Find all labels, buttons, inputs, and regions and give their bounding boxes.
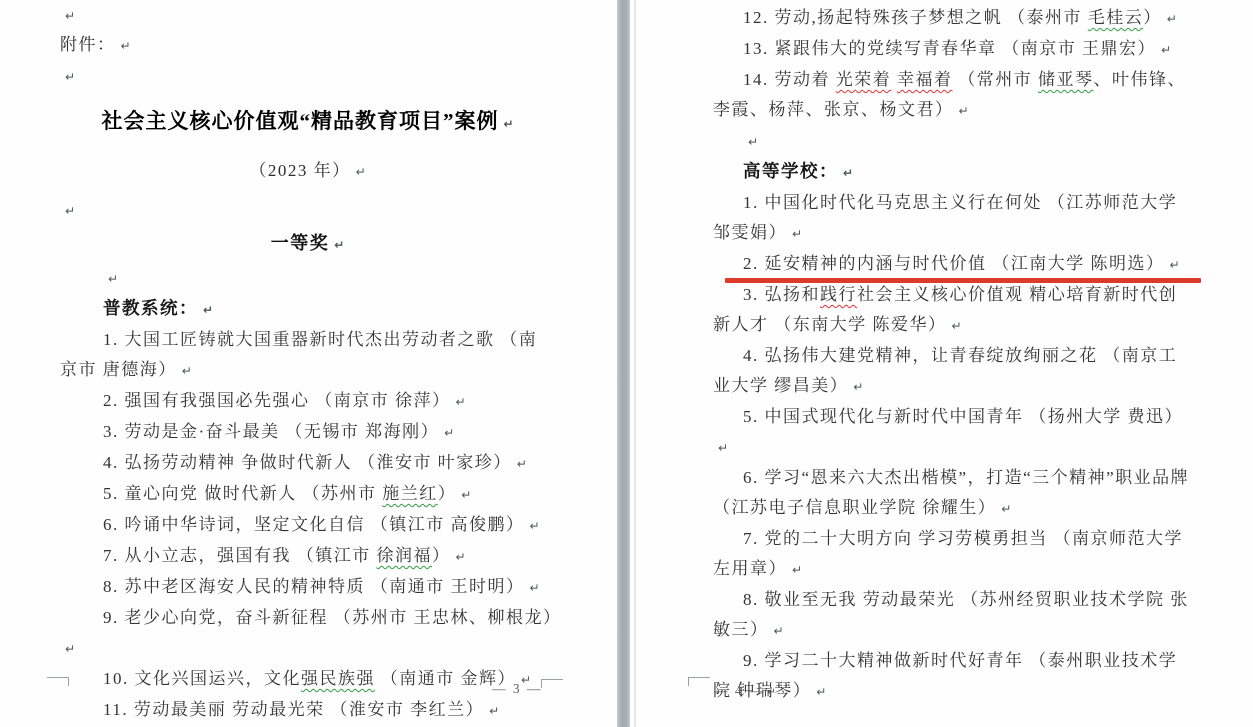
paragraph-mark: ↵ <box>843 158 853 188</box>
paragraph-mark: ↵ <box>1161 35 1171 65</box>
paragraph-mark: ↵ <box>768 686 776 700</box>
list-item: 8. 敬业至无我 劳动最荣光 （苏州经贸职业技术学院 张敏三）↵ <box>713 585 1191 646</box>
paragraph-mark: ↵ <box>461 480 471 510</box>
text-run: （2023 年） <box>249 161 350 180</box>
footer-corner-mark <box>47 677 69 686</box>
list-item: 3. 弘扬和践行社会主义核心价值观 精心培育新时代创新人才 （东南大学 陈爱华）… <box>713 280 1191 341</box>
paragraph-mark: ↵ <box>108 264 118 294</box>
paragraph-mark: ↵ <box>959 96 969 126</box>
text-run: ） <box>432 546 451 565</box>
list-item: 8. 苏中老区海安人民的精神特质 （南通市 王时明）↵ <box>60 572 555 603</box>
text-run: 5. 中国式现代化与新时代中国青年 （扬州大学 费迅） <box>743 407 1183 426</box>
paragraph-mark: ↵ <box>182 356 192 386</box>
list-item: 9. 老少心向党，奋斗新征程 （苏州市 王忠林、柳根龙）↵ <box>60 603 555 664</box>
paragraph-mark: ↵ <box>530 511 540 541</box>
list-item: 10. 文化兴国运兴，文化强民族强 （南通市 金辉）↵ <box>60 664 555 695</box>
text-run: 2. 强国有我强国必先强心 （南京市 徐萍） <box>103 391 451 410</box>
paragraph-mark: ↵ <box>456 542 466 572</box>
page-number-right: — 4 —↵ <box>714 684 776 700</box>
list-item: 3. 劳动是金·奋斗最美 （无锡市 郑海刚）↵ <box>60 417 555 448</box>
blank-line: ↵ <box>60 195 555 225</box>
list-item: 7. 从小立志，强国有我 （镇江市 徐润福）↵ <box>60 541 555 572</box>
paragraph-mark: ↵ <box>65 634 75 664</box>
text-run: ） <box>1143 8 1162 27</box>
paragraph-mark: ↵ <box>1001 494 1011 524</box>
text-run: 6. 吟诵中华诗词，坚定文化自信 （镇江市 高俊鹏） <box>103 515 525 534</box>
text-run: 11. 劳动最美丽 劳动最光荣 （淮安市 李红兰） <box>103 700 484 719</box>
list-item: 11. 劳动最美丽 劳动最光荣 （淮安市 李红兰）↵ <box>60 695 555 726</box>
doc-title: 社会主义核心价值观“精品教育项目”案例↵ <box>60 99 555 146</box>
right-page-body: 12. 劳动,扬起特殊孩子梦想之帆 （泰州市 毛桂云）↵13. 紧跟伟大的党续写… <box>713 3 1191 707</box>
text-run: 4. 弘扬伟大建党精神，让青春绽放绚丽之花 （南京工业大学 缪昌美） <box>713 346 1177 395</box>
footer-corner-mark <box>688 677 710 686</box>
paragraph-mark: ↵ <box>816 677 826 707</box>
blank-line: ↵ <box>60 0 555 30</box>
blank-line: ↵ <box>60 263 555 293</box>
page-number-text: — 3 — <box>492 681 543 696</box>
list-item: 9. 学习二十大精神做新时代好青年 （泰州职业技术学院 钟瑞琴）↵ <box>713 646 1191 707</box>
text-run: 3. 劳动是金·奋斗最美 （无锡市 郑海刚） <box>103 422 439 441</box>
left-page-body: ↵附件：↵↵社会主义核心价值观“精品教育项目”案例↵（2023 年）↵↵一等奖↵… <box>60 0 555 726</box>
list-item: 5. 中国式现代化与新时代中国青年 （扬州大学 费迅）↵ <box>713 402 1191 463</box>
paragraph-mark: ↵ <box>718 433 728 463</box>
paragraph-mark: ↵ <box>334 227 344 263</box>
text-run: 10. 文化兴国运兴，文化 <box>103 669 301 688</box>
list-item: 1. 中国化时代化马克思主义行在何处 （江苏师范大学 邹雯娟）↵ <box>713 188 1191 249</box>
text-run: 7. 党的二十大明方向 学习劳模勇担当 （南京师范大学 左用章） <box>713 529 1183 578</box>
list-item: 14. 劳动着 光荣着 幸福着 （常州市 储亚琴、叶伟锋、李霞、杨萍、张京、杨文… <box>713 65 1191 126</box>
text-run: 9. 老少心向党，奋斗新征程 （苏州市 王忠林、柳根龙） <box>103 608 562 627</box>
text-run: 9. 学习二十大精神做新时代好青年 （泰州职业技术学院 钟瑞琴） <box>713 651 1177 700</box>
list-item: 12. 劳动,扬起特殊孩子梦想之帆 （泰州市 毛桂云）↵ <box>713 3 1191 34</box>
list-item: 13. 紧跟伟大的党续写青春华章 （南京市 王鼎宏）↵ <box>713 34 1191 65</box>
spellcheck-underline: 践行 <box>820 285 857 304</box>
list-item: 2. 强国有我强国必先强心 （南京市 徐萍）↵ <box>60 386 555 417</box>
spellcheck-underline: 施兰红 <box>382 484 438 503</box>
text-run: 8. 苏中老区海安人民的精神特质 （南通市 王时明） <box>103 577 525 596</box>
text-run: 3. 弘扬和 <box>743 285 820 304</box>
paragraph-mark: ↵ <box>203 295 213 325</box>
list-item: 2. 延安精神的内涵与时代价值 （江南大学 陈明选）↵ <box>713 249 1191 280</box>
text-run: 1. 中国化时代化马克思主义行在何处 （江苏师范大学 邹雯娟） <box>713 193 1177 242</box>
scan-right-page: 12. 劳动,扬起特殊孩子梦想之帆 （泰州市 毛桂云）↵13. 紧跟伟大的党续写… <box>630 0 1253 727</box>
text-run: 社会主义核心价值观“精品教育项目”案例 <box>101 109 498 133</box>
text-run: 附件： <box>60 35 116 54</box>
list-item: 6. 学习“恩来六大杰出楷模”，打造“三个精神”职业品牌 （江苏电子信息职业学院… <box>713 463 1191 524</box>
text-run: 1. 大国工匠铸就大国重器新时代杰出劳动者之歌 （南京市 唐德海） <box>60 330 537 379</box>
list-item: 6. 吟诵中华诗词，坚定文化自信 （镇江市 高俊鹏）↵ <box>60 510 555 541</box>
paragraph-mark: ↵ <box>1167 4 1177 34</box>
scanned-document-viewer: ↵附件：↵↵社会主义核心价值观“精品教育项目”案例↵（2023 年）↵↵一等奖↵… <box>0 0 1253 727</box>
text-run: 高等学校： <box>743 161 838 181</box>
blank-line: ↵ <box>713 126 1191 156</box>
paragraph-mark: ↵ <box>748 127 758 157</box>
list-item: 4. 弘扬伟大建党精神，让青春绽放绚丽之花 （南京工业大学 缪昌美）↵ <box>713 341 1191 402</box>
text-run: 8. 敬业至无我 劳动最荣光 （苏州经贸职业技术学院 张敏三） <box>713 590 1189 639</box>
paragraph-mark: ↵ <box>356 149 366 195</box>
text-run: 一等奖 <box>271 233 330 253</box>
spellcheck-underline: 强民族强 <box>301 669 375 688</box>
paragraph-mark: ↵ <box>444 418 454 448</box>
paragraph-mark: ↵ <box>853 372 863 402</box>
paragraph-mark: ↵ <box>489 696 499 726</box>
section-heading: 高等学校：↵ <box>713 156 1191 188</box>
doc-year-line: （2023 年）↵ <box>60 148 555 195</box>
text-run: 12. 劳动,扬起特殊孩子梦想之帆 （泰州市 <box>743 8 1088 27</box>
text-run: 5. 童心向党 做时代新人 （苏州市 <box>103 484 382 503</box>
paragraph-mark: ↵ <box>1170 250 1180 280</box>
paragraph-mark: ↵ <box>65 62 75 92</box>
page-divider <box>617 0 630 727</box>
text-run: 2. 延安精神的内涵与时代价值 （江南大学 陈明选） <box>743 254 1165 273</box>
blank-line: ↵ <box>60 61 555 91</box>
text-run: 7. 从小立志，强国有我 （镇江市 <box>103 546 377 565</box>
paragraph-mark: ↵ <box>456 387 466 417</box>
text-run: 普教系统： <box>103 298 198 318</box>
paragraph-mark: ↵ <box>792 555 802 585</box>
spellcheck-underline: 毛桂云 <box>1088 8 1144 27</box>
list-item: 5. 童心向党 做时代新人 （苏州市 施兰红）↵ <box>60 479 555 510</box>
paragraph-mark: ↵ <box>65 196 75 226</box>
spellcheck-underline: 光荣着 <box>836 70 892 89</box>
footer-corner-mark <box>541 679 563 688</box>
award-heading: 一等奖↵ <box>60 225 555 263</box>
spellcheck-underline: 储亚琴 <box>1038 70 1094 89</box>
paragraph-mark: ↵ <box>503 102 513 146</box>
spellcheck-underline: 幸福着 <box>897 70 953 89</box>
text-run: ） <box>438 484 457 503</box>
paragraph-mark: ↵ <box>65 1 75 31</box>
spellcheck-underline: 徐润福 <box>377 546 433 565</box>
text-run: 6. 学习“恩来六大杰出楷模”，打造“三个精神”职业品牌 （江苏电子信息职业学院… <box>713 468 1189 517</box>
section-heading: 普教系统：↵ <box>60 293 555 325</box>
scan-left-page: ↵附件：↵↵社会主义核心价值观“精品教育项目”案例↵（2023 年）↵↵一等奖↵… <box>0 0 617 727</box>
page-number-left: — 3 — <box>492 682 543 696</box>
page-number-text: — 4 — <box>714 683 765 698</box>
paragraph-mark: ↵ <box>774 616 784 646</box>
text-run: （常州市 <box>953 70 1039 89</box>
paragraph-mark: ↵ <box>952 311 962 341</box>
paragraph-mark: ↵ <box>530 573 540 603</box>
list-item: 7. 党的二十大明方向 学习劳模勇担当 （南京师范大学 左用章）↵ <box>713 524 1191 585</box>
text-run: 4. 弘扬劳动精神 争做时代新人 （淮安市 叶家珍） <box>103 453 512 472</box>
paragraph-mark: ↵ <box>121 31 131 61</box>
text-run: 14. 劳动着 <box>743 70 836 89</box>
list-item: 1. 大国工匠铸就大国重器新时代杰出劳动者之歌 （南京市 唐德海）↵ <box>60 325 555 386</box>
attachment-label: 附件：↵ <box>60 30 555 61</box>
text-run: 13. 紧跟伟大的党续写青春华章 （南京市 王鼎宏） <box>743 39 1156 58</box>
list-item: 4. 弘扬劳动精神 争做时代新人 （淮安市 叶家珍）↵ <box>60 448 555 479</box>
paragraph-mark: ↵ <box>792 219 802 249</box>
paragraph-mark: ↵ <box>517 449 527 479</box>
